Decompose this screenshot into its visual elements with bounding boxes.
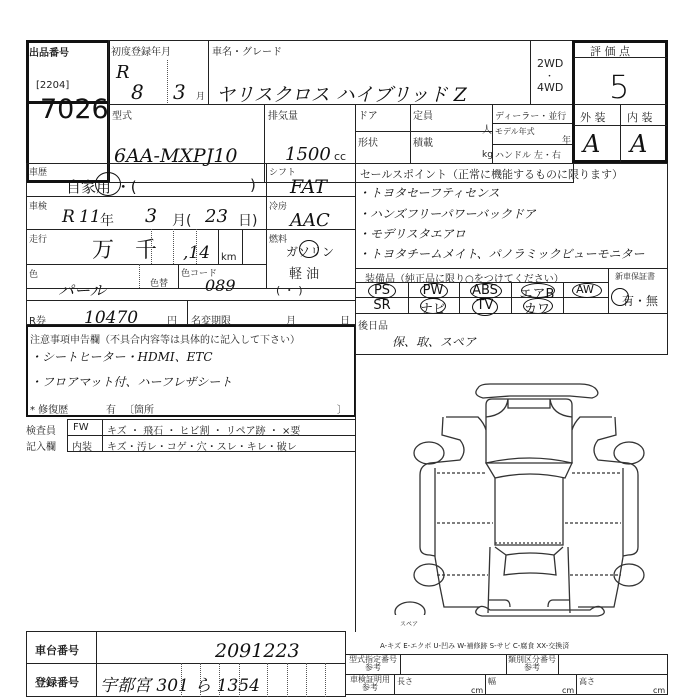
color-code-value: 089: [205, 276, 236, 295]
inspection-month: 3: [145, 205, 157, 227]
score-value: 5: [609, 68, 629, 106]
later-items-label: 後日品: [358, 317, 388, 332]
chassis-value: 2091223: [215, 640, 300, 662]
circle-airbag: [521, 283, 555, 298]
fuel-label: 燃料: [269, 232, 287, 245]
circle-leather: [523, 298, 553, 314]
fuel-diesel: 軽 油: [289, 263, 319, 282]
int-items: キズ・汚レ・コゲ・穴・スレ・キレ・破レ: [107, 438, 297, 453]
ac-label: 冷房: [269, 199, 287, 212]
first-reg-year: 8: [131, 80, 144, 104]
inspector-label-1: 検査員: [26, 422, 56, 437]
history-label: 車歴: [29, 165, 47, 178]
car-name-value: ヤリスクロス ハイブリッド Z: [216, 80, 467, 107]
ac-value: AAC: [290, 210, 330, 231]
length-label: 長さ: [397, 676, 413, 687]
inspection-day-unit: 日): [238, 210, 257, 230]
color-label: 色: [29, 267, 38, 280]
color-value: パール: [58, 278, 106, 301]
first-reg-label: 初度登録年月: [111, 43, 171, 58]
inspector-label-2: 記入欄: [26, 438, 56, 453]
int-label: 内装: [72, 438, 92, 453]
handle-label: ハンドル 左・右: [495, 148, 561, 161]
fw-label: FW: [73, 422, 89, 433]
category-label: 類別区分番号 参考: [508, 656, 556, 672]
type-designation-label: 型式指定番号 参考: [348, 656, 398, 672]
inspection-label: 車検: [29, 199, 47, 212]
circle-mark: [95, 172, 121, 196]
sales-item-4: ・トヨタチームメイト、パノラミックビューモニター: [358, 245, 644, 262]
circle-aw: [572, 283, 602, 298]
inspection-day: 23: [205, 206, 228, 227]
rear-bumper: [470, 600, 610, 620]
repair-has: 有: [106, 401, 116, 416]
circle-abs: [470, 283, 502, 299]
repair-label: * 修復歴: [30, 401, 68, 416]
first-reg-era: R: [116, 62, 130, 83]
recycle-row: [26, 300, 356, 326]
drive-4wd: 4WD: [537, 81, 563, 94]
load-label: 積載: [413, 134, 433, 149]
damage-legend: A-キズ E-エクボ U-凹み W-補修跡 S-サビ C-腐食 XX-交換済: [380, 641, 569, 651]
capacity-label: 定員: [413, 107, 433, 122]
capacity-unit: 人: [482, 121, 492, 136]
length-unit: cm: [471, 686, 483, 695]
mileage-man: 万: [92, 233, 114, 264]
dealer-label: ディーラー・並行: [495, 109, 566, 122]
car-damage-diagram: [380, 375, 665, 615]
sales-item-1: ・トヨタセーフティセンス: [358, 184, 500, 201]
circle-pw: [420, 283, 448, 299]
height-unit: cm: [653, 686, 665, 695]
inspection-era: R: [62, 207, 75, 227]
width-unit: cm: [562, 686, 574, 695]
circle-navi: [420, 298, 446, 314]
notes-line-2: ・フロアマット付、ハーフレザシート: [30, 373, 232, 390]
registration-value: 宇都宮 301 ら 1354: [100, 671, 260, 696]
inspection-year-unit: 年: [100, 210, 114, 230]
exterior-label: 外 装: [580, 109, 606, 125]
model-year-label: モデル年式: [495, 128, 535, 136]
fw-items: キズ ・ 飛石 ・ ヒビ割 ・ リペア跡 ・ ×要: [107, 422, 300, 437]
repair-close: 〕: [337, 401, 347, 416]
history-close: ): [250, 176, 256, 194]
width-label: 幅: [488, 676, 496, 687]
chassis-label: 車台番号: [35, 642, 79, 658]
warranty-circle: [611, 288, 629, 306]
displacement-unit: cc: [334, 150, 346, 163]
sales-label: セールスポイント（正常に機能するものに限ります）: [360, 166, 623, 182]
mileage-value: ,14: [183, 243, 210, 263]
fuel-circle: [299, 240, 319, 258]
exterior-score: A: [583, 130, 600, 158]
spare-label: スペア: [400, 619, 418, 628]
circle-ps: [368, 283, 396, 299]
fuel-other: ( ・ ): [276, 282, 303, 298]
sales-item-2: ・ハンズフリーパワーバックドア: [358, 205, 536, 222]
mileage-unit: km: [221, 252, 237, 263]
first-reg-month: 3: [173, 80, 186, 104]
equip-sr: SR: [357, 298, 407, 313]
notes-line-1: ・シートヒーター・HDMI、ETC: [30, 348, 213, 365]
shape-label: 形状: [358, 134, 378, 149]
warranty-label: 新車保証書: [615, 271, 655, 282]
notes-label: 注意事項申告欄（不具合内容等は具体的に記入して下さい）: [30, 331, 300, 346]
first-reg-month-unit: 月: [196, 89, 205, 102]
later-items-value: 保、取、スペア: [392, 333, 476, 350]
interior-label: 内 装: [627, 109, 653, 125]
interior-score: A: [630, 130, 647, 158]
shift-value: FAT: [290, 176, 327, 198]
repair-place: 〔箇所: [124, 401, 154, 416]
registration-label: 登録番号: [35, 674, 79, 690]
height-label: 高さ: [579, 676, 595, 687]
mileage-label: 走行: [29, 232, 47, 245]
lot-frame: [26, 40, 110, 183]
car-name-label: 車名・グレード: [212, 43, 282, 58]
doors-label: ドア: [358, 107, 378, 122]
inspection-month-unit: 月(: [172, 210, 191, 230]
inspection-year: 11: [79, 207, 101, 227]
sales-item-3: ・モデリスタエアロ: [358, 225, 466, 242]
certificate-label: 車検証明用 参考: [348, 676, 392, 692]
displacement-value: 1500: [285, 144, 331, 165]
displacement-label: 排気量: [268, 107, 298, 122]
mileage-sen: 千: [135, 233, 157, 264]
model-code-label: 型式: [112, 107, 132, 122]
